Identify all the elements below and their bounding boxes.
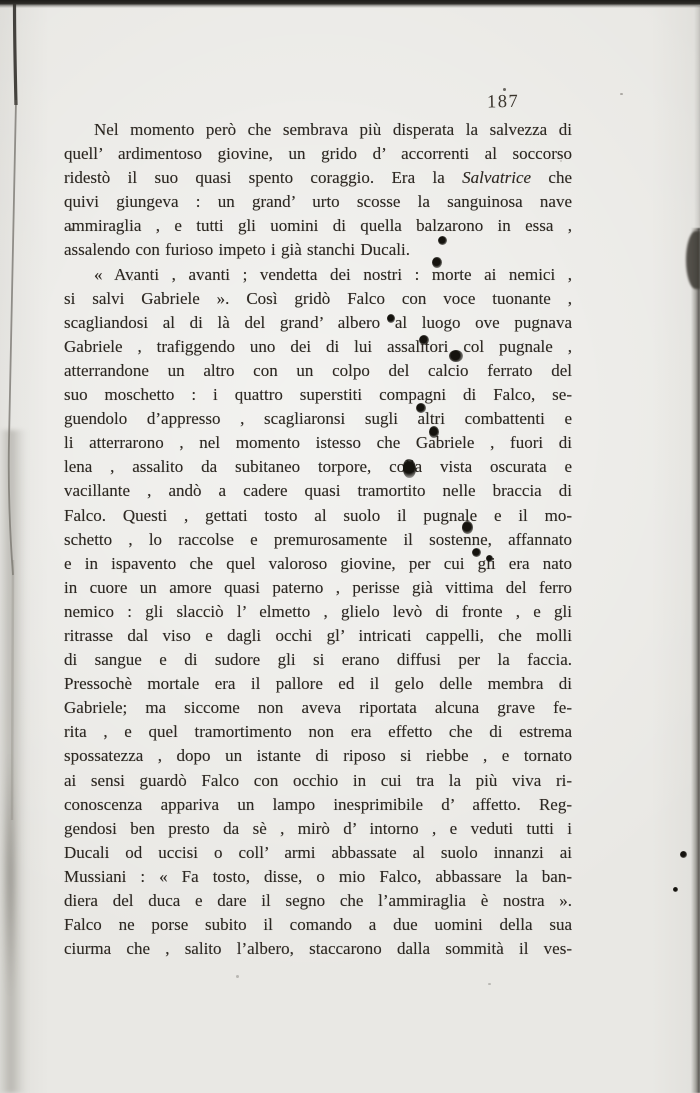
ink-blot — [486, 555, 493, 562]
text-segment: assalendo con furioso impeto i già stanc… — [64, 240, 410, 259]
text-segment: schetto , lo raccolse e premurosamente i… — [64, 530, 572, 549]
ink-blot — [438, 236, 447, 245]
text-segment: vacillante , andò a cadere quasi tramort… — [64, 481, 572, 500]
text-segment: Pressochè mortale era il pallore ed il g… — [64, 674, 572, 693]
text-segment: Nel momento però che sembrava più disper… — [94, 120, 572, 139]
text-line: lena , assalito da subitaneo torpore, co… — [64, 455, 572, 479]
text-segment: quell’ ardimentoso giovine, un grido d’ … — [64, 144, 572, 163]
text-line: Nel momento però che sembrava più disper… — [64, 118, 572, 142]
ink-speck — [488, 983, 491, 985]
text-line: conoscenza appariva un lampo inesprimibi… — [64, 793, 572, 817]
text-segment: e in ispavento che quel valoroso giovine… — [64, 554, 572, 573]
text-segment: diera del duca e dare il segno che l’amm… — [64, 891, 572, 910]
text-segment: ai sensi guardò Falco con occhio in cui … — [64, 771, 572, 790]
ink-blot — [680, 851, 687, 858]
scanned-book-page: { "document": { "type": "scanned-book-pa… — [0, 0, 700, 1093]
ink-blot — [387, 314, 395, 323]
text-line: diera del duca e dare il segno che l’amm… — [64, 889, 572, 913]
ink-blot — [462, 521, 473, 534]
text-line: Falco ne porse subito il comando a due u… — [64, 913, 572, 937]
text-line: quell’ ardimentoso giovine, un grido d’ … — [64, 142, 572, 166]
ink-speck — [236, 975, 239, 978]
ink-blot — [403, 459, 416, 478]
text-line: assalendo con furioso impeto i già stanc… — [64, 238, 572, 262]
text-line: Gabriele , trafiggendo uno dei di lui as… — [64, 335, 572, 359]
body-text: Nel momento però che sembrava più disper… — [64, 118, 572, 961]
ink-blot — [673, 887, 678, 892]
scan-right-edge — [691, 228, 700, 1093]
text-segment: Ducali od uccisi o coll’ armi abbassate … — [64, 843, 572, 862]
text-line: Ducali od uccisi o coll’ armi abbassate … — [64, 841, 572, 865]
text-segment: ridestò il suo quasi spento coraggio. Er… — [64, 168, 462, 187]
text-segment: « Avanti , avanti ; vendetta dei nostri … — [94, 265, 572, 284]
ink-blot — [419, 335, 429, 345]
ink-speck — [560, 160, 562, 162]
text-segment: gendosi ben presto da sè , mirò d’ intor… — [64, 819, 572, 838]
text-line: e in ispavento che quel valoroso giovine… — [64, 552, 572, 576]
text-segment: spossatezza , dopo un istante di riposo … — [64, 746, 572, 765]
ink-blot — [472, 548, 481, 557]
text-segment: di sangue e di sudore gli si erano diffu… — [64, 650, 572, 669]
text-segment: Gabriele; ma siccome non aveva riportata… — [64, 698, 572, 717]
text-line: Gabriele; ma siccome non aveva riportata… — [64, 696, 572, 720]
ship-name-italic: Salvatrice — [462, 168, 531, 187]
text-segment: scagliandosi al di là del grand’ albero … — [64, 313, 572, 332]
text-line: ritrasse dal viso e dagli occhi gl’ intr… — [64, 624, 572, 648]
text-line: ridestò il suo quasi spento coraggio. Er… — [64, 166, 572, 190]
text-line: schetto , lo raccolse e premurosamente i… — [64, 528, 572, 552]
ink-blot — [429, 426, 439, 438]
ink-blot — [416, 403, 426, 413]
text-line: nemico : gli slacciò l’ elmetto , glielo… — [64, 600, 572, 624]
ink-speck — [620, 93, 623, 95]
ink-speck — [69, 228, 73, 231]
text-segment: quivi giungeva : un grand’ urto scosse l… — [64, 192, 572, 211]
ink-blot — [449, 350, 463, 362]
text-segment: ammiraglia , e tutti gli uomini di quell… — [64, 216, 572, 235]
text-line: rita , e quel tramortimento non era effe… — [64, 720, 572, 744]
text-line: ai sensi guardò Falco con occhio in cui … — [64, 769, 572, 793]
text-segment: lena , assalito da subitaneo torpore, co… — [64, 457, 572, 476]
scan-top-edge — [0, 0, 700, 8]
text-segment: che — [531, 168, 572, 187]
text-line: si salvi Gabriele ». Così gridò Falco co… — [64, 287, 572, 311]
text-line: Falco. Questi , gettati tosto al suolo i… — [64, 504, 572, 528]
text-segment: suo moschetto : i quattro superstiti com… — [64, 385, 572, 404]
scan-right-edge-upper — [694, 6, 700, 230]
text-line: Mussiani : « Fa tosto, disse, o mio Falc… — [64, 865, 572, 889]
text-line: spossatezza , dopo un istante di riposo … — [64, 744, 572, 768]
text-line: ammiraglia , e tutti gli uomini di quell… — [64, 214, 572, 238]
text-line: ciurma che , salito l’albero, staccarono… — [64, 937, 572, 961]
text-line: li atterrarono , nel momento istesso che… — [64, 431, 572, 455]
ink-speck — [131, 279, 133, 281]
text-segment: rita , e quel tramortimento non era effe… — [64, 722, 572, 741]
text-line: vacillante , andò a cadere quasi tramort… — [64, 479, 572, 503]
text-segment: li atterrarono , nel momento istesso che… — [64, 433, 572, 452]
text-segment: ritrasse dal viso e dagli occhi gl’ intr… — [64, 626, 572, 645]
text-segment: Gabriele , trafiggendo uno dei di lui as… — [64, 337, 572, 356]
text-line: suo moschetto : i quattro superstiti com… — [64, 383, 572, 407]
text-segment: nemico : gli slacciò l’ elmetto , glielo… — [64, 602, 572, 621]
text-line: « Avanti , avanti ; vendetta dei nostri … — [64, 263, 572, 287]
text-segment: atterrandone un altro con un colpo del c… — [64, 361, 572, 380]
scan-left-smudge-dark — [1, 720, 19, 1030]
text-segment: in cuore un amore quasi paterno , periss… — [64, 578, 572, 597]
text-segment: conoscenza appariva un lampo inesprimibi… — [64, 795, 572, 814]
text-line: atterrandone un altro con un colpo del c… — [64, 359, 572, 383]
text-segment: Falco ne porse subito il comando a due u… — [64, 915, 572, 934]
page-number: 187 — [487, 92, 533, 114]
ink-blot — [432, 257, 442, 268]
text-line: scagliandosi al di là del grand’ albero … — [64, 311, 572, 335]
scan-right-edge-blob — [686, 231, 700, 289]
text-segment: ciurma che , salito l’albero, staccarono… — [64, 939, 572, 958]
text-segment: si salvi Gabriele ». Così gridò Falco co… — [64, 289, 572, 308]
text-segment: Falco. Questi , gettati tosto al suolo i… — [64, 506, 572, 525]
text-segment: Mussiani : « Fa tosto, disse, o mio Falc… — [64, 867, 572, 886]
text-line: quivi giungeva : un grand’ urto scosse l… — [64, 190, 572, 214]
text-line: guendolo d’appresso , scagliaronsi sugli… — [64, 407, 572, 431]
text-line: di sangue e di sudore gli si erano diffu… — [64, 648, 572, 672]
text-line: in cuore un amore quasi paterno , periss… — [64, 576, 572, 600]
text-line: gendosi ben presto da sè , mirò d’ intor… — [64, 817, 572, 841]
ink-speck — [503, 88, 506, 91]
text-segment: guendolo d’appresso , scagliaronsi sugli… — [64, 409, 572, 428]
text-line: Pressochè mortale era il pallore ed il g… — [64, 672, 572, 696]
